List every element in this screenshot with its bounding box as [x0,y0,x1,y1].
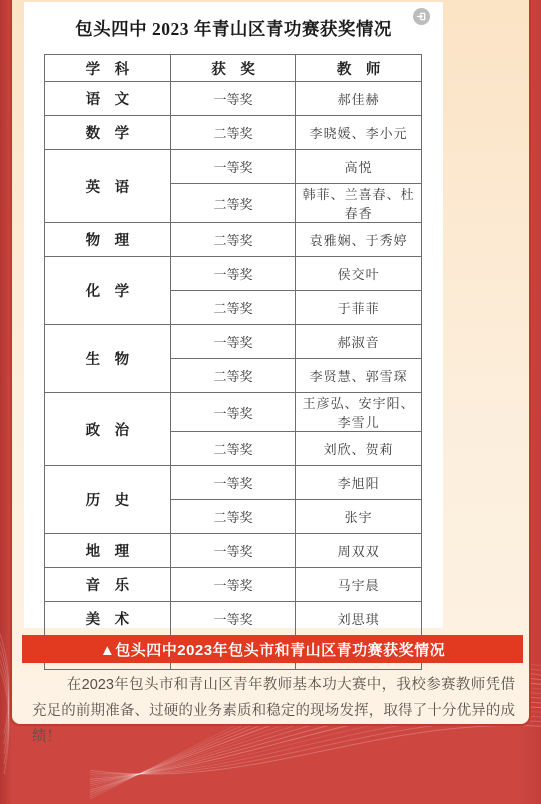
table-row: 地 理一等奖周双双 [45,534,422,568]
teacher-cell: 郝佳赫 [296,82,422,116]
float-action-button[interactable] [413,8,430,25]
subject-cell: 英 语 [45,150,171,223]
award-cell: 一等奖 [170,150,296,184]
award-cell: 一等奖 [170,325,296,359]
teacher-cell: 周双双 [296,534,422,568]
award-cell: 二等奖 [170,223,296,257]
table-row: 数 学二等奖李晓媛、李小元 [45,116,422,150]
teacher-cell: 马宇晨 [296,568,422,602]
teacher-cell: 王彦弘、安宇阳、李雪儿 [296,393,422,432]
award-cell: 一等奖 [170,257,296,291]
award-cell: 一等奖 [170,82,296,116]
subject-cell: 美 术 [45,602,171,636]
header-teacher: 教 师 [296,55,422,82]
subject-cell: 地 理 [45,534,171,568]
subject-cell: 化 学 [45,257,171,325]
summary-paragraph: 在2023年包头市和青山区青年教师基本功大赛中，我校参赛教师凭借充足的前期准备、… [32,672,515,750]
teacher-cell: 李晓媛、李小元 [296,116,422,150]
teacher-cell: 于菲菲 [296,291,422,325]
award-table-card: 包头四中 2023 年青山区青功赛获奖情况 学 科 获 奖 教 师 语 文一等奖… [24,2,443,628]
teacher-cell: 高悦 [296,150,422,184]
table-row: 物 理二等奖袁雅娴、于秀婷 [45,223,422,257]
teacher-cell: 韩菲、兰喜春、杜春香 [296,184,422,223]
table-row: 美 术一等奖刘思琪 [45,602,422,636]
table-row: 语 文一等奖郝佳赫 [45,82,422,116]
subject-cell: 音 乐 [45,568,171,602]
header-subject: 学 科 [45,55,171,82]
content-panel: 包头四中 2023 年青山区青功赛获奖情况 学 科 获 奖 教 师 语 文一等奖… [10,0,531,726]
teacher-cell: 郝淑音 [296,325,422,359]
subject-cell: 政 治 [45,393,171,466]
award-cell: 一等奖 [170,466,296,500]
teacher-cell: 袁雅娴、于秀婷 [296,223,422,257]
enter-arrow-icon [416,11,427,22]
award-cell: 一等奖 [170,534,296,568]
subject-cell: 语 文 [45,82,171,116]
article-page: { "page": { "title": "包头四中 2023 年青山区青功赛获… [0,0,541,804]
caption-banner: ▲包头四中2023年包头市和青山区青功赛获奖情况 [22,635,523,663]
teacher-cell: 侯交叶 [296,257,422,291]
award-cell: 二等奖 [170,500,296,534]
subject-cell: 历 史 [45,466,171,534]
header-award: 获 奖 [170,55,296,82]
table-row: 生 物一等奖郝淑音 [45,325,422,359]
award-table-body: 语 文一等奖郝佳赫数 学二等奖李晓媛、李小元英 语一等奖高悦二等奖韩菲、兰喜春、… [45,82,422,670]
table-row: 政 治一等奖王彦弘、安宇阳、李雪儿 [45,393,422,432]
teacher-cell: 李旭阳 [296,466,422,500]
award-cell: 一等奖 [170,602,296,636]
page-title: 包头四中 2023 年青山区青功赛获奖情况 [24,2,443,41]
teacher-cell: 刘欣、贺莉 [296,432,422,466]
table-row: 化 学一等奖侯交叶 [45,257,422,291]
award-table: 学 科 获 奖 教 师 语 文一等奖郝佳赫数 学二等奖李晓媛、李小元英 语一等奖… [44,54,422,670]
award-cell: 一等奖 [170,568,296,602]
teacher-cell: 张宇 [296,500,422,534]
table-row: 英 语一等奖高悦 [45,150,422,184]
subject-cell: 生 物 [45,325,171,393]
award-table-head: 学 科 获 奖 教 师 [45,55,422,82]
teacher-cell: 刘思琪 [296,602,422,636]
award-cell: 二等奖 [170,432,296,466]
table-row: 历 史一等奖李旭阳 [45,466,422,500]
award-cell: 二等奖 [170,291,296,325]
award-cell: 二等奖 [170,359,296,393]
teacher-cell: 李贤慧、郭雪琛 [296,359,422,393]
award-cell: 二等奖 [170,184,296,223]
subject-cell: 物 理 [45,223,171,257]
award-cell: 二等奖 [170,116,296,150]
award-cell: 一等奖 [170,393,296,432]
table-row: 音 乐一等奖马宇晨 [45,568,422,602]
subject-cell: 数 学 [45,116,171,150]
header-row: 学 科 获 奖 教 师 [45,55,422,82]
